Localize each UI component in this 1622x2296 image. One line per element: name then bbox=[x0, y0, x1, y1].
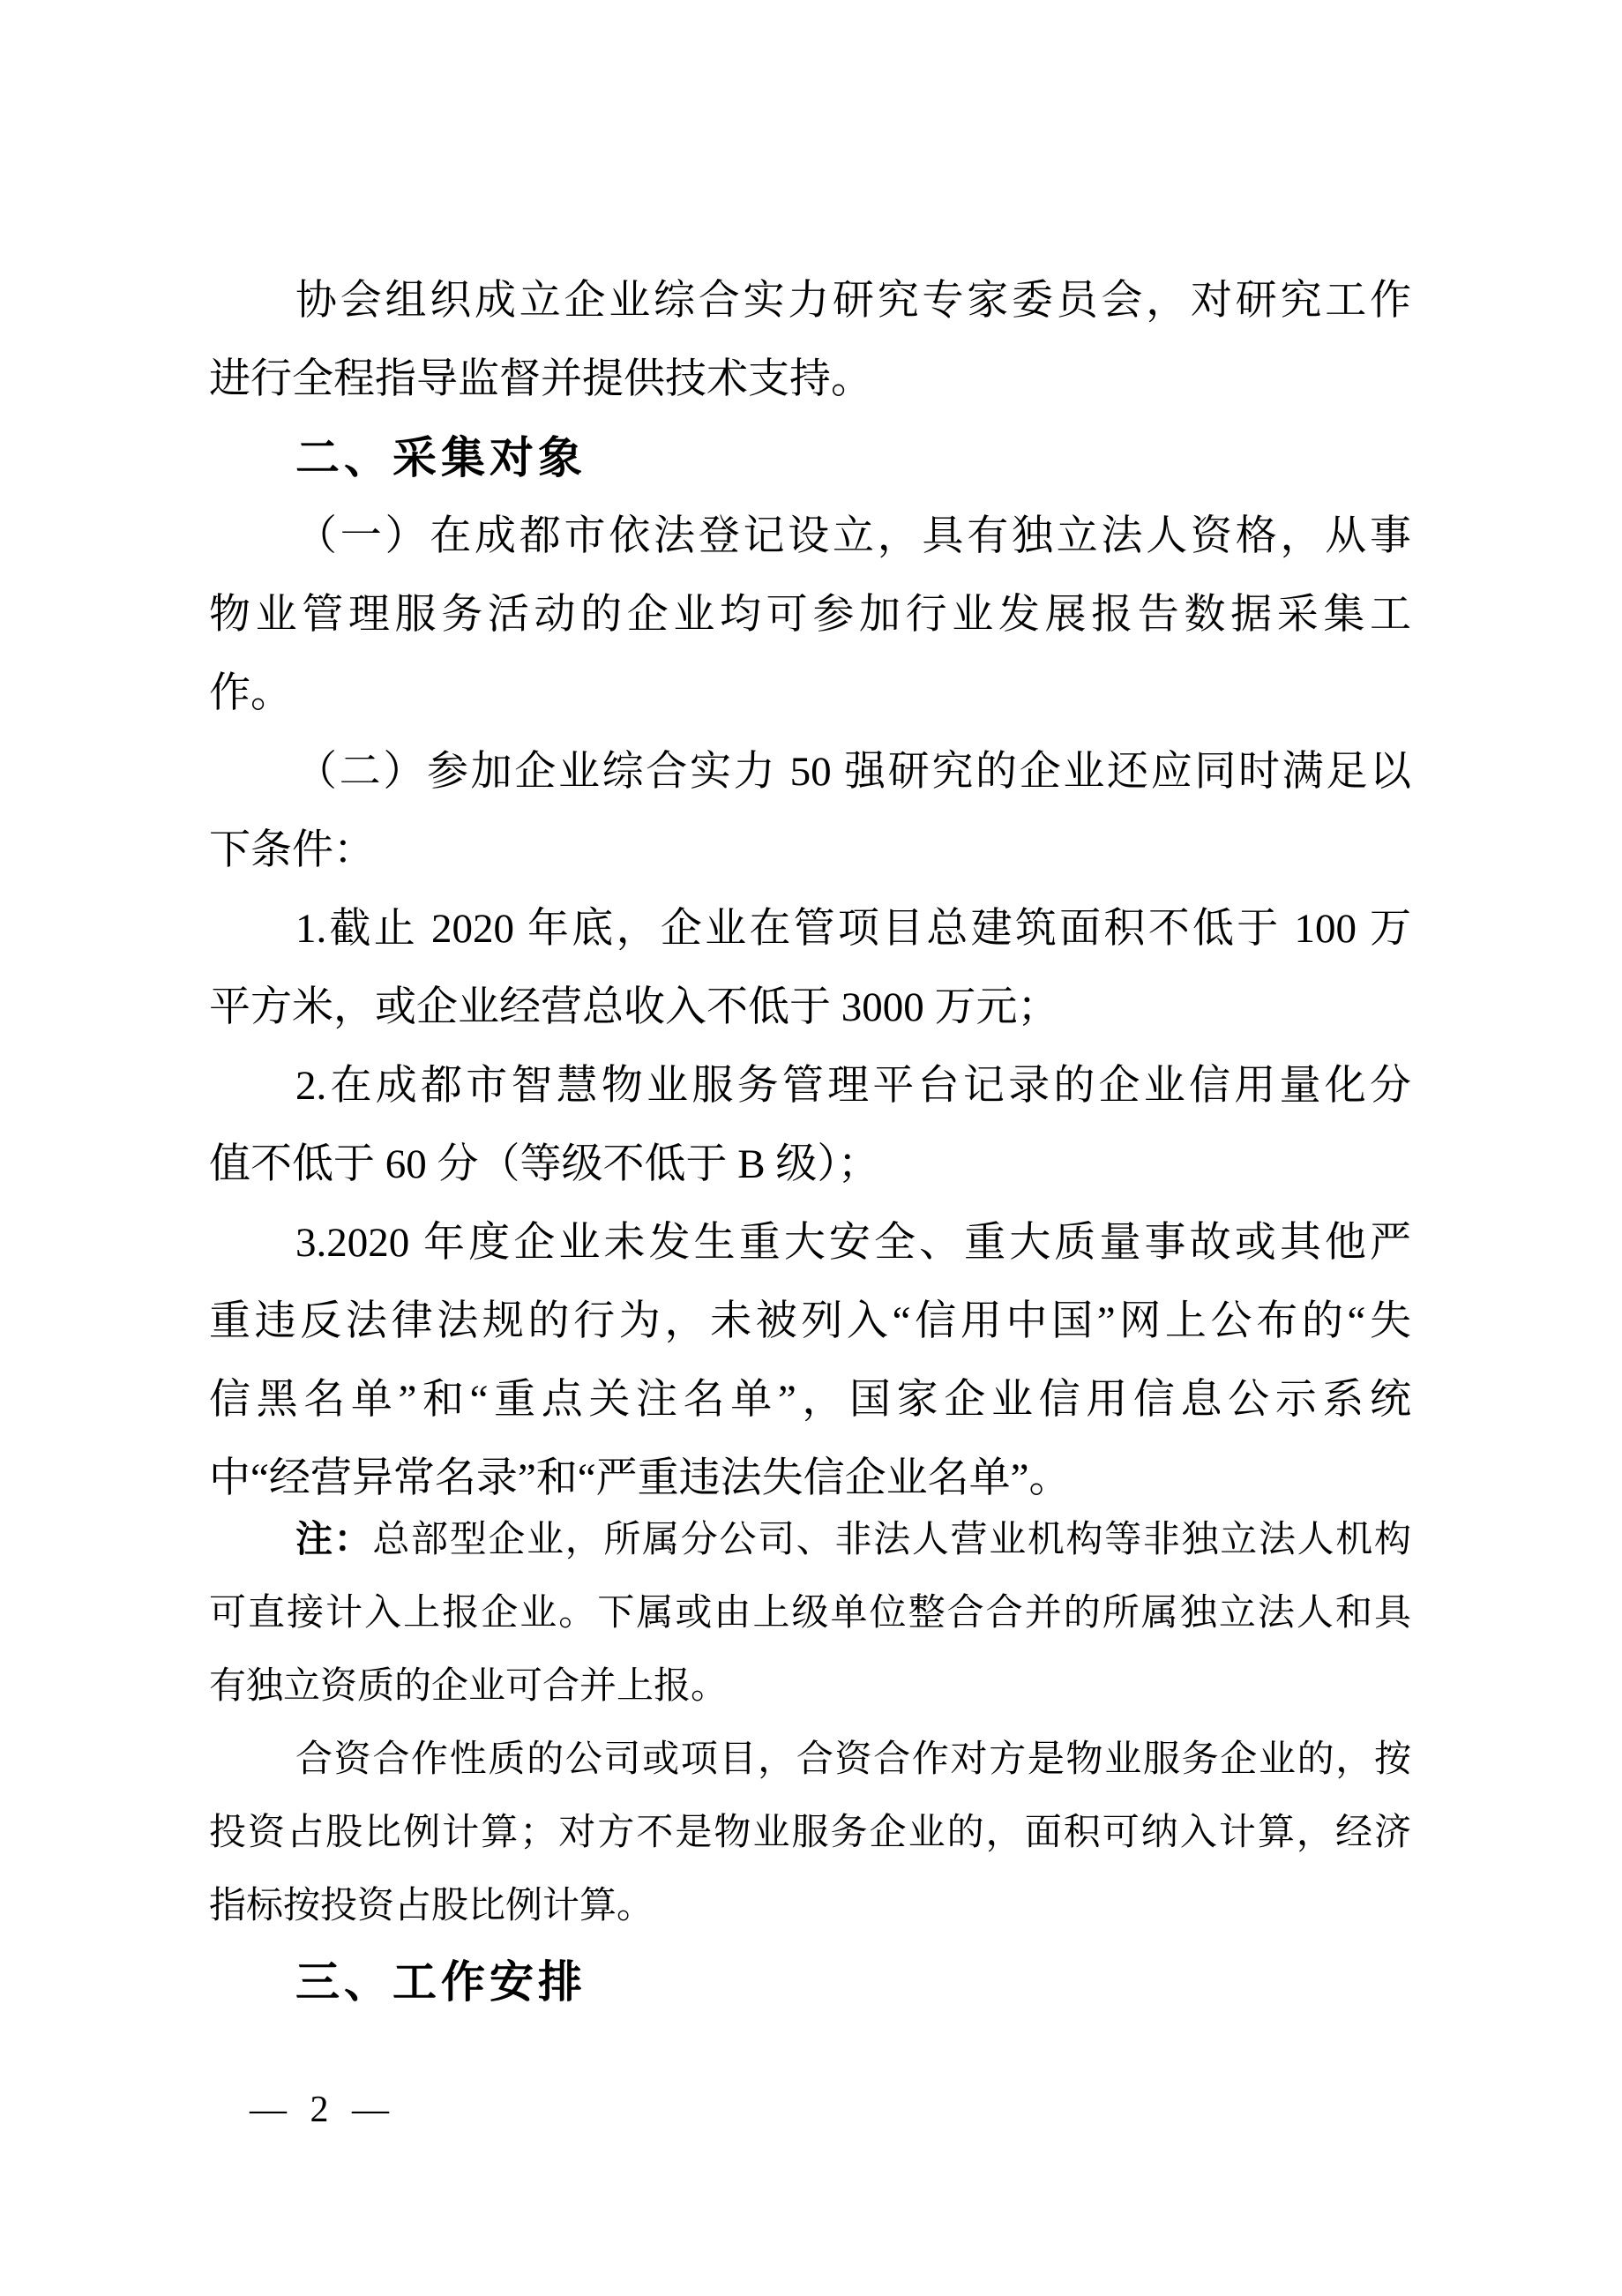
section-2-heading: 二、采集对象 bbox=[209, 419, 1411, 497]
intro-line-1: 协会组织成立企业综合实力研究专家委员会，对研究工作 bbox=[209, 262, 1411, 340]
condition-2-line-1: 2.在成都市智慧物业服务管理平台记录的企业信用量化分 bbox=[209, 1047, 1411, 1126]
item-1-line-1: （一）在成都市依法登记设立，具有独立法人资格，从事 bbox=[209, 497, 1411, 576]
note-2-line-2: 投资占股比例计算；对方不是物业服务企业的，面积可纳入计算，经济 bbox=[209, 1797, 1411, 1870]
note-block: 注：总部型企业，所属分公司、非法人营业机构等非独立法人机构 可直接计入上报企业。… bbox=[209, 1504, 1411, 1943]
condition-2-line-2: 值不低于 60 分（等级不低于 B 级）； bbox=[209, 1126, 1411, 1204]
condition-1-line-1: 1.截止 2020 年底，企业在管项目总建筑面积不低于 100 万 bbox=[209, 890, 1411, 969]
note-line-1: 注：总部型企业，所属分公司、非法人营业机构等非独立法人机构 bbox=[209, 1504, 1411, 1577]
document-content: 协会组织成立企业综合实力研究专家委员会，对研究工作 进行全程指导监督并提供技术支… bbox=[209, 262, 1411, 2022]
condition-1-line-2: 平方米，或企业经营总收入不低于 3000 万元； bbox=[209, 969, 1411, 1047]
condition-3-line-2: 重违反法律法规的行为，未被列入“信用中国”网上公布的“失 bbox=[209, 1283, 1411, 1361]
item-2-line-1: （二）参加企业综合实力 50 强研究的企业还应同时满足以 bbox=[209, 733, 1411, 811]
condition-3-line-3: 信黑名单”和“重点关注名单”，国家企业信用信息公示系统 bbox=[209, 1361, 1411, 1440]
note-line-2: 可直接计入上报企业。下属或由上级单位整合合并的所属独立法人和具 bbox=[209, 1577, 1411, 1650]
condition-3-line-1: 3.2020 年度企业未发生重大安全、重大质量事故或其他严 bbox=[209, 1204, 1411, 1283]
item-1-line-2: 物业管理服务活动的企业均可参加行业发展报告数据采集工 bbox=[209, 576, 1411, 654]
note-line-3: 有独立资质的企业可合并上报。 bbox=[209, 1650, 1411, 1724]
item-2-line-2: 下条件： bbox=[209, 811, 1411, 890]
note-label: 注： bbox=[295, 1520, 372, 1560]
page-number: — 2 — bbox=[250, 2089, 396, 2131]
note-2-line-1: 合资合作性质的公司或项目，合资合作对方是物业服务企业的，按 bbox=[209, 1724, 1411, 1797]
intro-line-2: 进行全程指导监督并提供技术支持。 bbox=[209, 340, 1411, 419]
note-2-line-3: 指标按投资占股比例计算。 bbox=[209, 1870, 1411, 1943]
document-page: 协会组织成立企业综合实力研究专家委员会，对研究工作 进行全程指导监督并提供技术支… bbox=[0, 0, 1622, 2296]
section-3-heading: 三、工作安排 bbox=[209, 1943, 1411, 2022]
note-line-1-text: 总部型企业，所属分公司、非法人营业机构等非独立法人机构 bbox=[372, 1520, 1411, 1560]
item-1-line-3: 作。 bbox=[209, 654, 1411, 733]
